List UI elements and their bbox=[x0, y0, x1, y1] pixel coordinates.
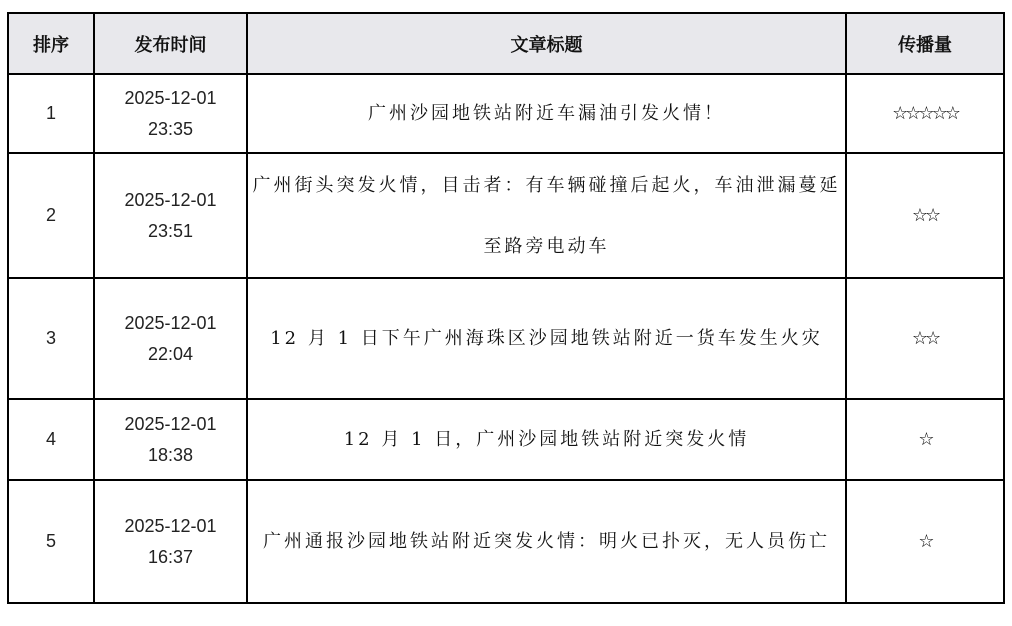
star-rating-icon: ☆☆ bbox=[846, 153, 1004, 278]
header-publish-time: 发布时间 bbox=[94, 13, 247, 74]
rank-cell: 2 bbox=[8, 153, 94, 278]
table-row: 5 2025-12-0116:37 广州通报沙园地铁站附近突发火情：明火已扑灭，… bbox=[8, 480, 1004, 603]
rank-cell: 3 bbox=[8, 278, 94, 399]
publish-time-cell: 2025-12-0122:04 bbox=[94, 278, 247, 399]
time: 22:04 bbox=[148, 344, 193, 364]
date: 2025-12-01 bbox=[124, 313, 216, 333]
date: 2025-12-01 bbox=[124, 190, 216, 210]
date: 2025-12-01 bbox=[124, 516, 216, 536]
header-rank: 排序 bbox=[8, 13, 94, 74]
star-rating-icon: ☆ bbox=[846, 480, 1004, 603]
article-title-cell: 12 月 1 日下午广州海珠区沙园地铁站附近一货车发生火灾 bbox=[247, 278, 846, 399]
header-article-title: 文章标题 bbox=[247, 13, 846, 74]
article-title-cell: 广州通报沙园地铁站附近突发火情：明火已扑灭，无人员伤亡 bbox=[247, 480, 846, 603]
star-rating-icon: ☆☆☆☆☆ bbox=[846, 74, 1004, 153]
time: 18:38 bbox=[148, 445, 193, 465]
header-row: 排序 发布时间 文章标题 传播量 bbox=[8, 13, 1004, 74]
article-spread-table: 排序 发布时间 文章标题 传播量 1 2025-12-0123:35 广州沙园地… bbox=[7, 12, 1005, 604]
article-title-cell: 12 月 1 日，广州沙园地铁站附近突发火情 bbox=[247, 399, 846, 480]
date: 2025-12-01 bbox=[124, 414, 216, 434]
table-row: 2 2025-12-0123:51 广州街头突发火情，目击者：有车辆碰撞后起火，… bbox=[8, 153, 1004, 278]
time: 23:51 bbox=[148, 221, 193, 241]
publish-time-cell: 2025-12-0123:51 bbox=[94, 153, 247, 278]
table-row: 1 2025-12-0123:35 广州沙园地铁站附近车漏油引发火情！ ☆☆☆☆… bbox=[8, 74, 1004, 153]
table-row: 4 2025-12-0118:38 12 月 1 日，广州沙园地铁站附近突发火情… bbox=[8, 399, 1004, 480]
publish-time-cell: 2025-12-0118:38 bbox=[94, 399, 247, 480]
rank-cell: 5 bbox=[8, 480, 94, 603]
article-title-cell: 广州街头突发火情，目击者：有车辆碰撞后起火，车油泄漏蔓延至路旁电动车 bbox=[247, 153, 846, 278]
time: 16:37 bbox=[148, 547, 193, 567]
publish-time-cell: 2025-12-0116:37 bbox=[94, 480, 247, 603]
date: 2025-12-01 bbox=[124, 88, 216, 108]
star-rating-icon: ☆ bbox=[846, 399, 1004, 480]
star-rating-icon: ☆☆ bbox=[846, 278, 1004, 399]
time: 23:35 bbox=[148, 119, 193, 139]
article-title-cell: 广州沙园地铁站附近车漏油引发火情！ bbox=[247, 74, 846, 153]
publish-time-cell: 2025-12-0123:35 bbox=[94, 74, 247, 153]
rank-cell: 1 bbox=[8, 74, 94, 153]
table-row: 3 2025-12-0122:04 12 月 1 日下午广州海珠区沙园地铁站附近… bbox=[8, 278, 1004, 399]
rank-cell: 4 bbox=[8, 399, 94, 480]
header-spread: 传播量 bbox=[846, 13, 1004, 74]
